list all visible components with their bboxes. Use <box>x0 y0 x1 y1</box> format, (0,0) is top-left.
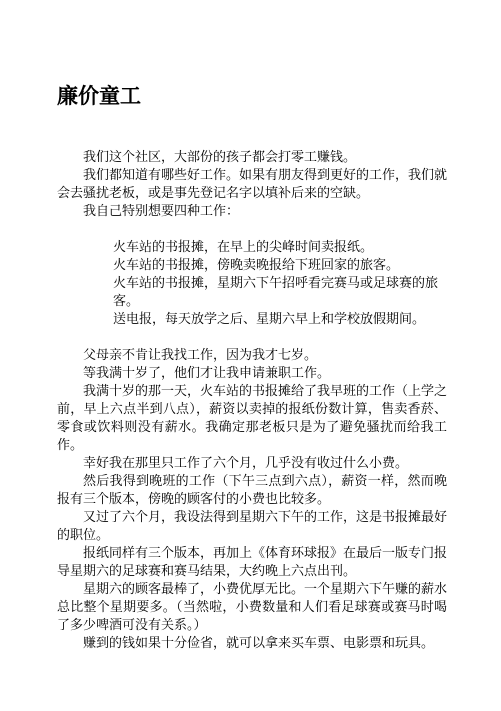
paragraph: 然后我得到晚班的工作（下午三点到六点），薪资一样，然而晚报有三个版本，傍晚的顾客… <box>57 472 447 508</box>
paragraph: 我们都知道有哪些好工作。如果有朋友得到更好的工作，我们就会去骚扰老板，或是事先登… <box>57 166 447 202</box>
job-list-item: 火车站的书报摊，星期六下午招呼看完赛马或足球赛的旅客。 <box>113 274 447 310</box>
paragraph: 父母亲不肯让我找工作，因为我才七岁。 <box>57 346 447 364</box>
paragraph: 幸好我在那里只工作了六个月，几乎没有收过什么小费。 <box>57 454 447 472</box>
paragraph: 报纸同样有三个版本，再加上《体育环球报》在最后一版专门报导星期六的足球赛和赛马结… <box>57 544 447 580</box>
job-list-item: 送电报，每天放学之后、星期六早上和学校放假期间。 <box>113 310 447 328</box>
paragraph: 我们这个社区，大部份的孩子都会打零工赚钱。 <box>57 148 447 166</box>
job-list: 火车站的书报摊，在早上的尖峰时间卖报纸。 火车站的书报摊，傍晚卖晚报给下班回家的… <box>57 238 447 328</box>
job-list-item: 火车站的书报摊，傍晚卖晚报给下班回家的旅客。 <box>113 256 447 274</box>
paragraph: 赚到的钱如果十分俭省，就可以拿来买车票、电影票和玩具。 <box>57 634 447 652</box>
document-title: 廉价童工 <box>57 84 447 108</box>
paragraph: 我满十岁的那一天，火车站的书报摊给了我早班的工作（上学之前，早上六点半到八点），… <box>57 382 447 454</box>
paragraph: 又过了六个月，我设法得到星期六下午的工作，这是书报摊最好的职位。 <box>57 508 447 544</box>
paragraph: 等我满十岁了，他们才让我申请兼职工作。 <box>57 364 447 382</box>
paragraph: 我自己特别想要四种工作： <box>57 202 447 220</box>
job-list-item: 火车站的书报摊，在早上的尖峰时间卖报纸。 <box>113 238 447 256</box>
document-page: 廉价童工 我们这个社区，大部份的孩子都会打零工赚钱。 我们都知道有哪些好工作。如… <box>0 0 501 711</box>
paragraph: 星期六的顾客最棒了，小费优厚无比。一个星期六下午赚的薪水总比整个星期要多。（当然… <box>57 580 447 634</box>
